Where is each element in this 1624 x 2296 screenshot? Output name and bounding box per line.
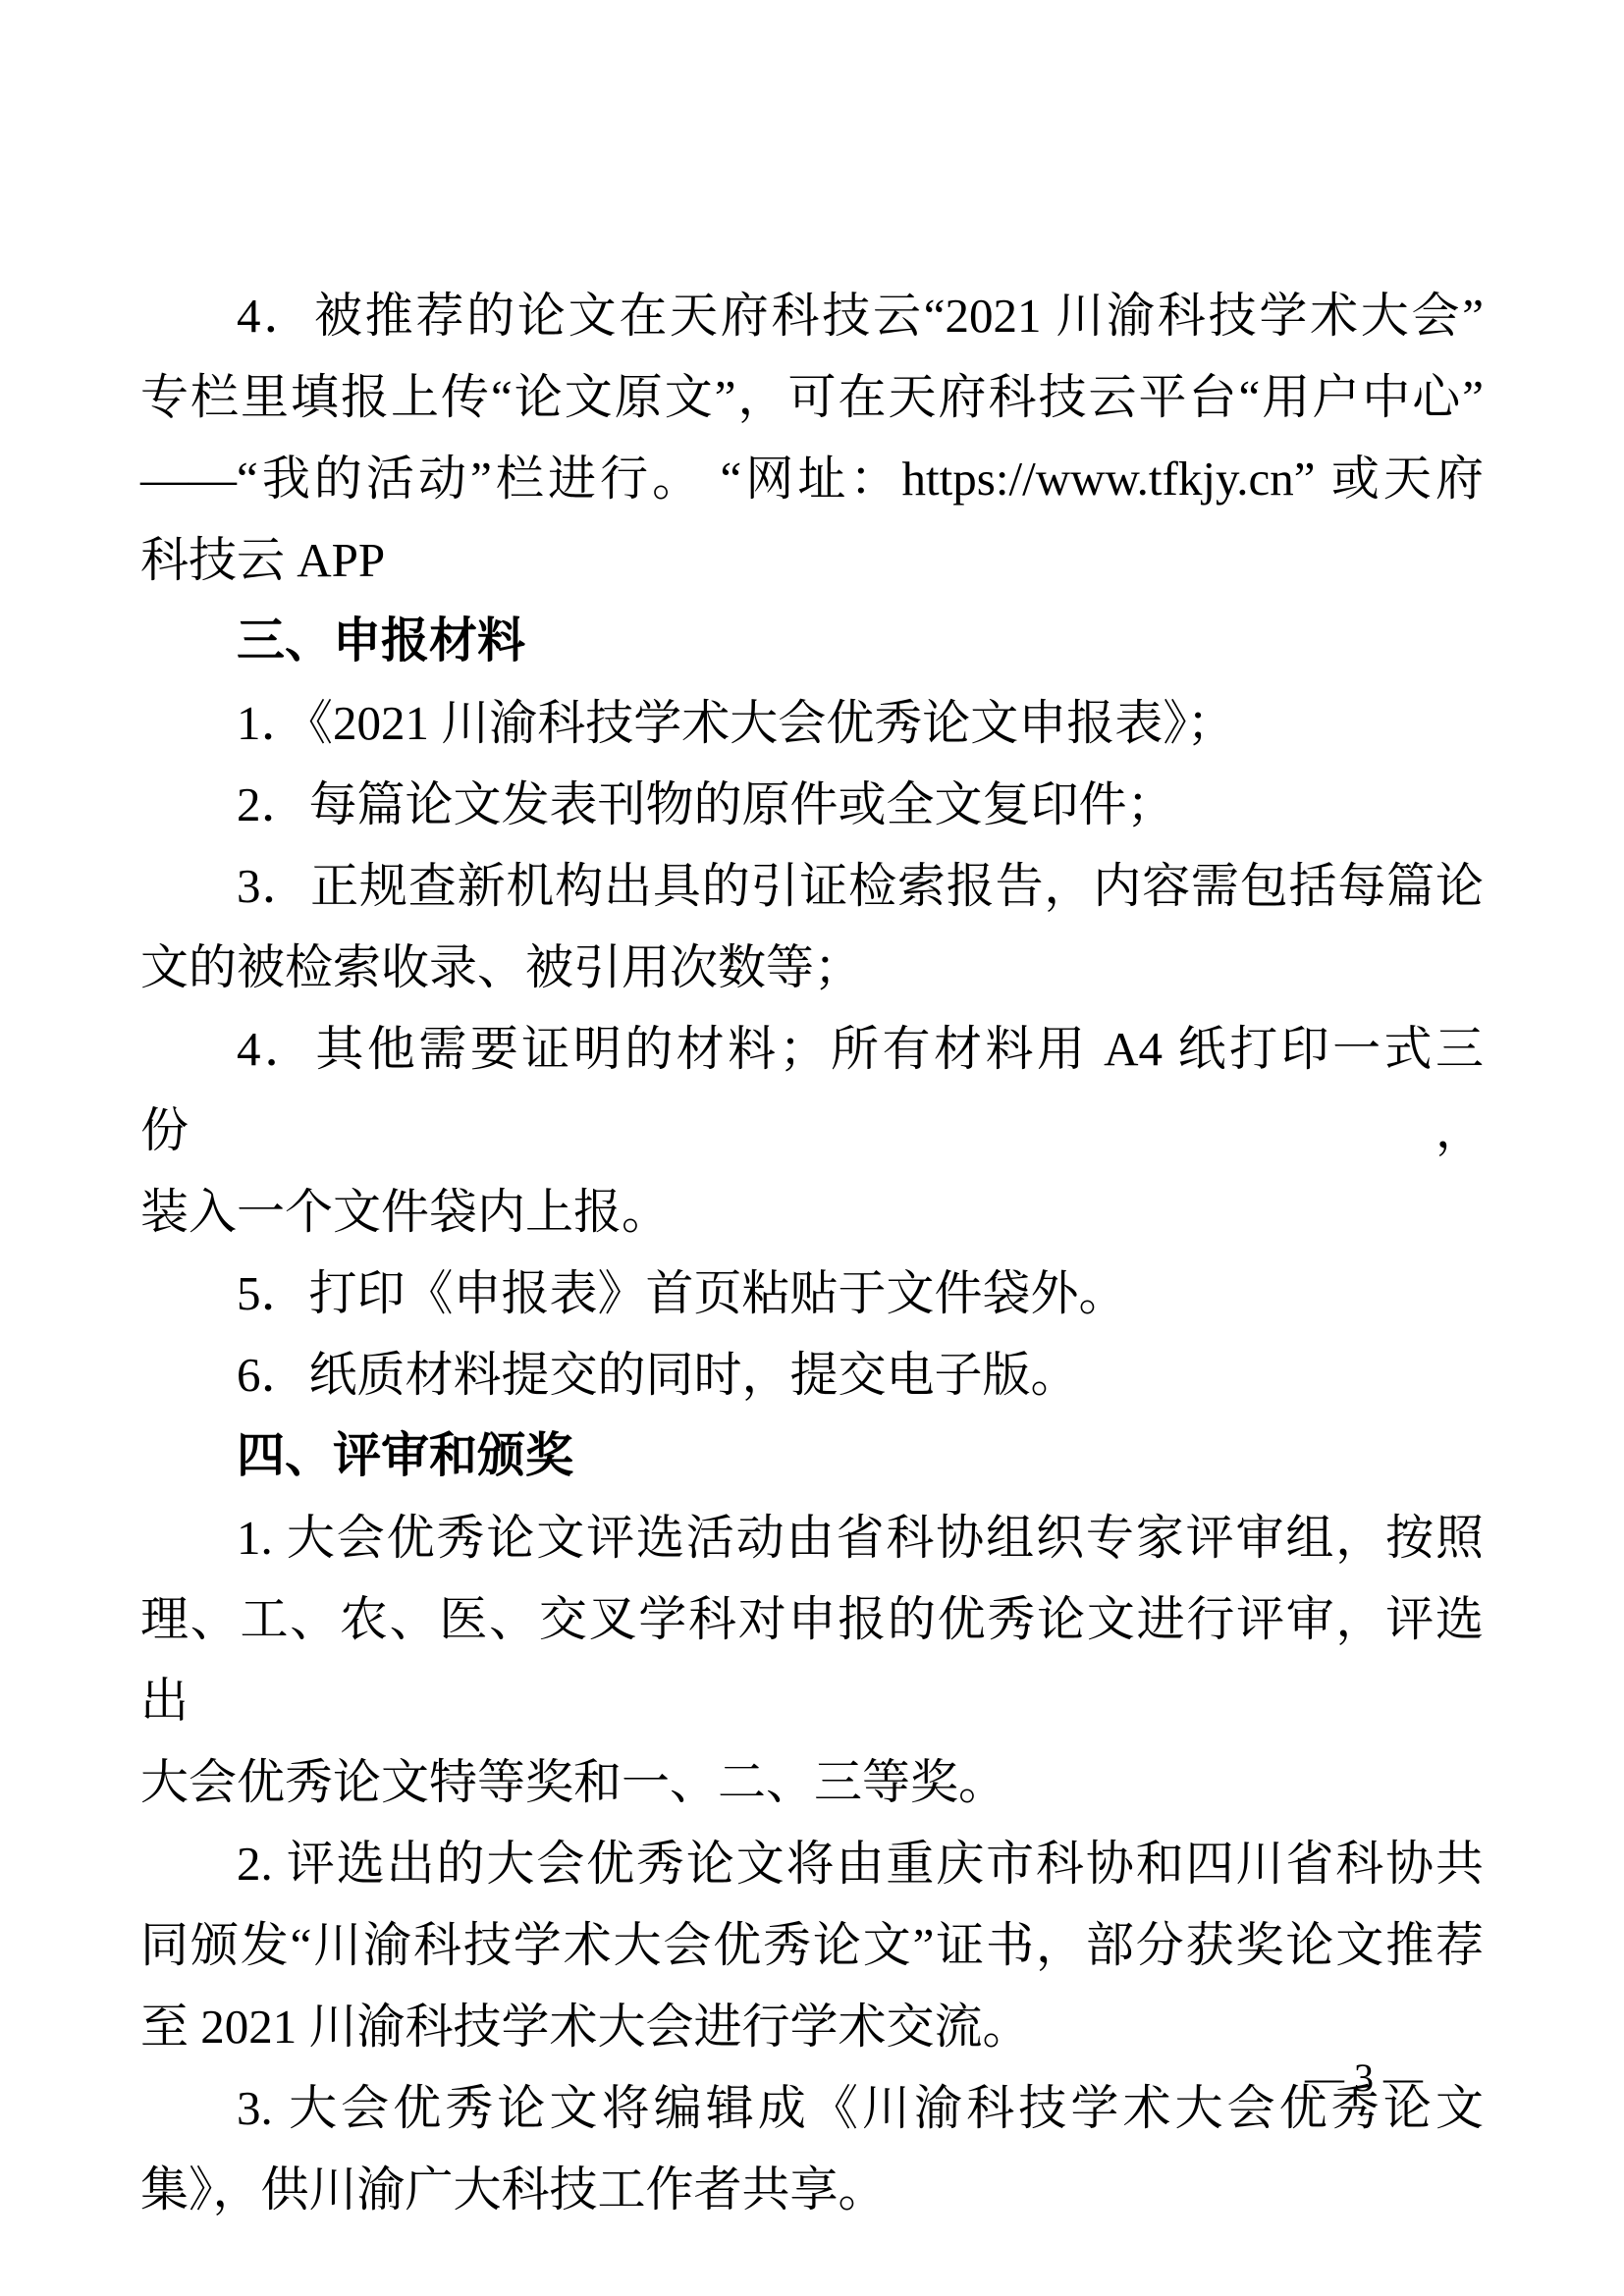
section-heading: 三、申报材料 — [140, 601, 1484, 682]
text-line: 1．《2021 川渝科技学术大会优秀论文申报表》； — [140, 682, 1484, 764]
text-line: 大会优秀论文特等奖和一、二、三等奖。 — [140, 1741, 1484, 1823]
text-line: 2. 评选出的大会优秀论文将由重庆市科协和四川省科协共 — [140, 1823, 1484, 1904]
text-line: 集》，供川渝广大科技工作者共享。 — [140, 2149, 1484, 2230]
text-line: 同颁发“川渝科技学术大会优秀论文”证书，部分获奖论文推荐 — [140, 1904, 1484, 1986]
text-line: 2．每篇论文发表刊物的原件或全文复印件； — [140, 764, 1484, 845]
text-line: 科技云 APP — [140, 519, 1484, 601]
text-line: 4．其他需要证明的材料；所有材料用 A4 纸打印一式三份， — [140, 1008, 1484, 1171]
text-line: 3．正规查新机构出具的引证检索报告，内容需包括每篇论 — [140, 845, 1484, 927]
text-line: 6．纸质材料提交的同时，提交电子版。 — [140, 1334, 1484, 1415]
text-line: ——“我的活动”栏进行。 “网址：https://www.tfkjy.cn” 或… — [140, 438, 1484, 519]
text-line: 3. 大会优秀论文将编辑成《川渝科技学术大会优秀论文 — [140, 2067, 1484, 2149]
text-lines: 4．被推荐的论文在天府科技云“2021 川渝科技学术大会”专栏里填报上传“论文原… — [140, 275, 1484, 2230]
text-line: 专栏里填报上传“论文原文”，可在天府科技云平台“用户中心” — [140, 356, 1484, 438]
text-line: 文的被检索收录、被引用次数等； — [140, 927, 1484, 1008]
text-line: 装入一个文件袋内上报。 — [140, 1171, 1484, 1253]
text-line: 5．打印《申报表》首页粘贴于文件袋外。 — [140, 1253, 1484, 1334]
text-line: 至 2021 川渝科技学术大会进行学术交流。 — [140, 1986, 1484, 2067]
text-line: 1. 大会优秀论文评选活动由省科协组织专家评审组，按照 — [140, 1497, 1484, 1578]
section-heading: 四、评审和颁奖 — [140, 1415, 1484, 1497]
page-number: — 3 — — [1305, 2055, 1423, 2102]
document-page: 4．被推荐的论文在天府科技云“2021 川渝科技学术大会”专栏里填报上传“论文原… — [0, 0, 1624, 2296]
text-line: 理、工、农、医、交叉学科对申报的优秀论文进行评审，评选出 — [140, 1578, 1484, 1741]
text-line: 4．被推荐的论文在天府科技云“2021 川渝科技学术大会” — [140, 275, 1484, 356]
